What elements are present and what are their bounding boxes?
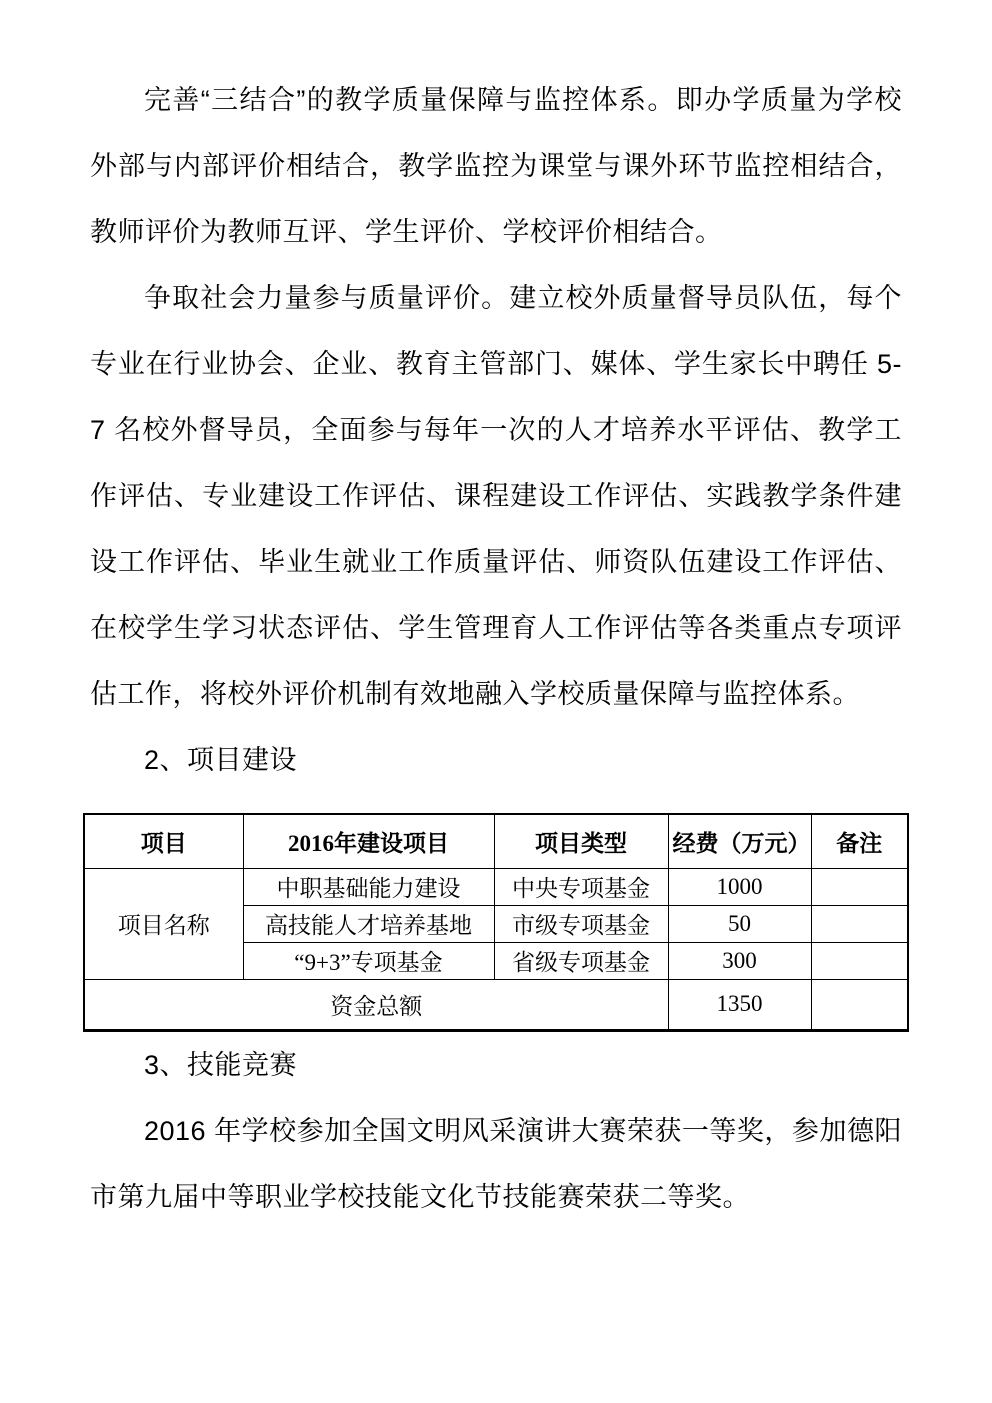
- cell-amount-0: 1000: [668, 868, 811, 905]
- cell-amount-1: 50: [668, 905, 811, 942]
- header-cell-2016-projects: 2016年建设项目: [243, 814, 494, 868]
- table-header-row: 项目 2016年建设项目 项目类型 经费（万元） 备注: [84, 814, 908, 868]
- cell-total-label: 资金总额: [84, 979, 668, 1030]
- cell-total-amount: 1350: [668, 979, 811, 1030]
- document-page: 完善“三结合”的教学质量保障与监控体系。即办学质量为学校外部与内部评价相结合，教…: [0, 0, 992, 1403]
- cell-fund-type-1: 市级专项基金: [494, 905, 668, 942]
- table-total-row: 资金总额 1350: [84, 979, 908, 1030]
- cell-fund-type-2: 省级专项基金: [494, 942, 668, 979]
- heading-skill-competition: 3、技能竞赛: [90, 1032, 902, 1098]
- header-cell-project-type: 项目类型: [494, 814, 668, 868]
- cell-project-name-0: 中职基础能力建设: [243, 868, 494, 905]
- cell-row-group-label: 项目名称: [84, 868, 243, 979]
- cell-project-name-1: 高技能人才培养基地: [243, 905, 494, 942]
- heading-project-construction: 2、项目建设: [90, 727, 902, 793]
- cell-fund-type-0: 中央专项基金: [494, 868, 668, 905]
- cell-note-0: [811, 868, 908, 905]
- cell-project-name-2: “9+3”专项基金: [243, 942, 494, 979]
- cell-note-2: [811, 942, 908, 979]
- cell-amount-2: 300: [668, 942, 811, 979]
- header-cell-item: 项目: [84, 814, 243, 868]
- paragraph-social-evaluation: 争取社会力量参与质量评价。建立校外质量督导员队伍，每个专业在行业协会、企业、教育…: [90, 265, 902, 727]
- table-row: 项目名称 中职基础能力建设 中央专项基金 1000: [84, 868, 908, 905]
- project-funding-table: 项目 2016年建设项目 项目类型 经费（万元） 备注 项目名称 中职基础能力建…: [83, 813, 909, 1032]
- paragraph-skill-competition: 2016 年学校参加全国文明风采演讲大赛荣获一等奖，参加德阳市第九届中等职业学校…: [90, 1098, 902, 1230]
- cell-note-1: [811, 905, 908, 942]
- paragraph-quality-system: 完善“三结合”的教学质量保障与监控体系。即办学质量为学校外部与内部评价相结合，教…: [90, 67, 902, 265]
- cell-total-note: [811, 979, 908, 1030]
- header-cell-funds: 经费（万元）: [668, 814, 811, 868]
- header-cell-note: 备注: [811, 814, 908, 868]
